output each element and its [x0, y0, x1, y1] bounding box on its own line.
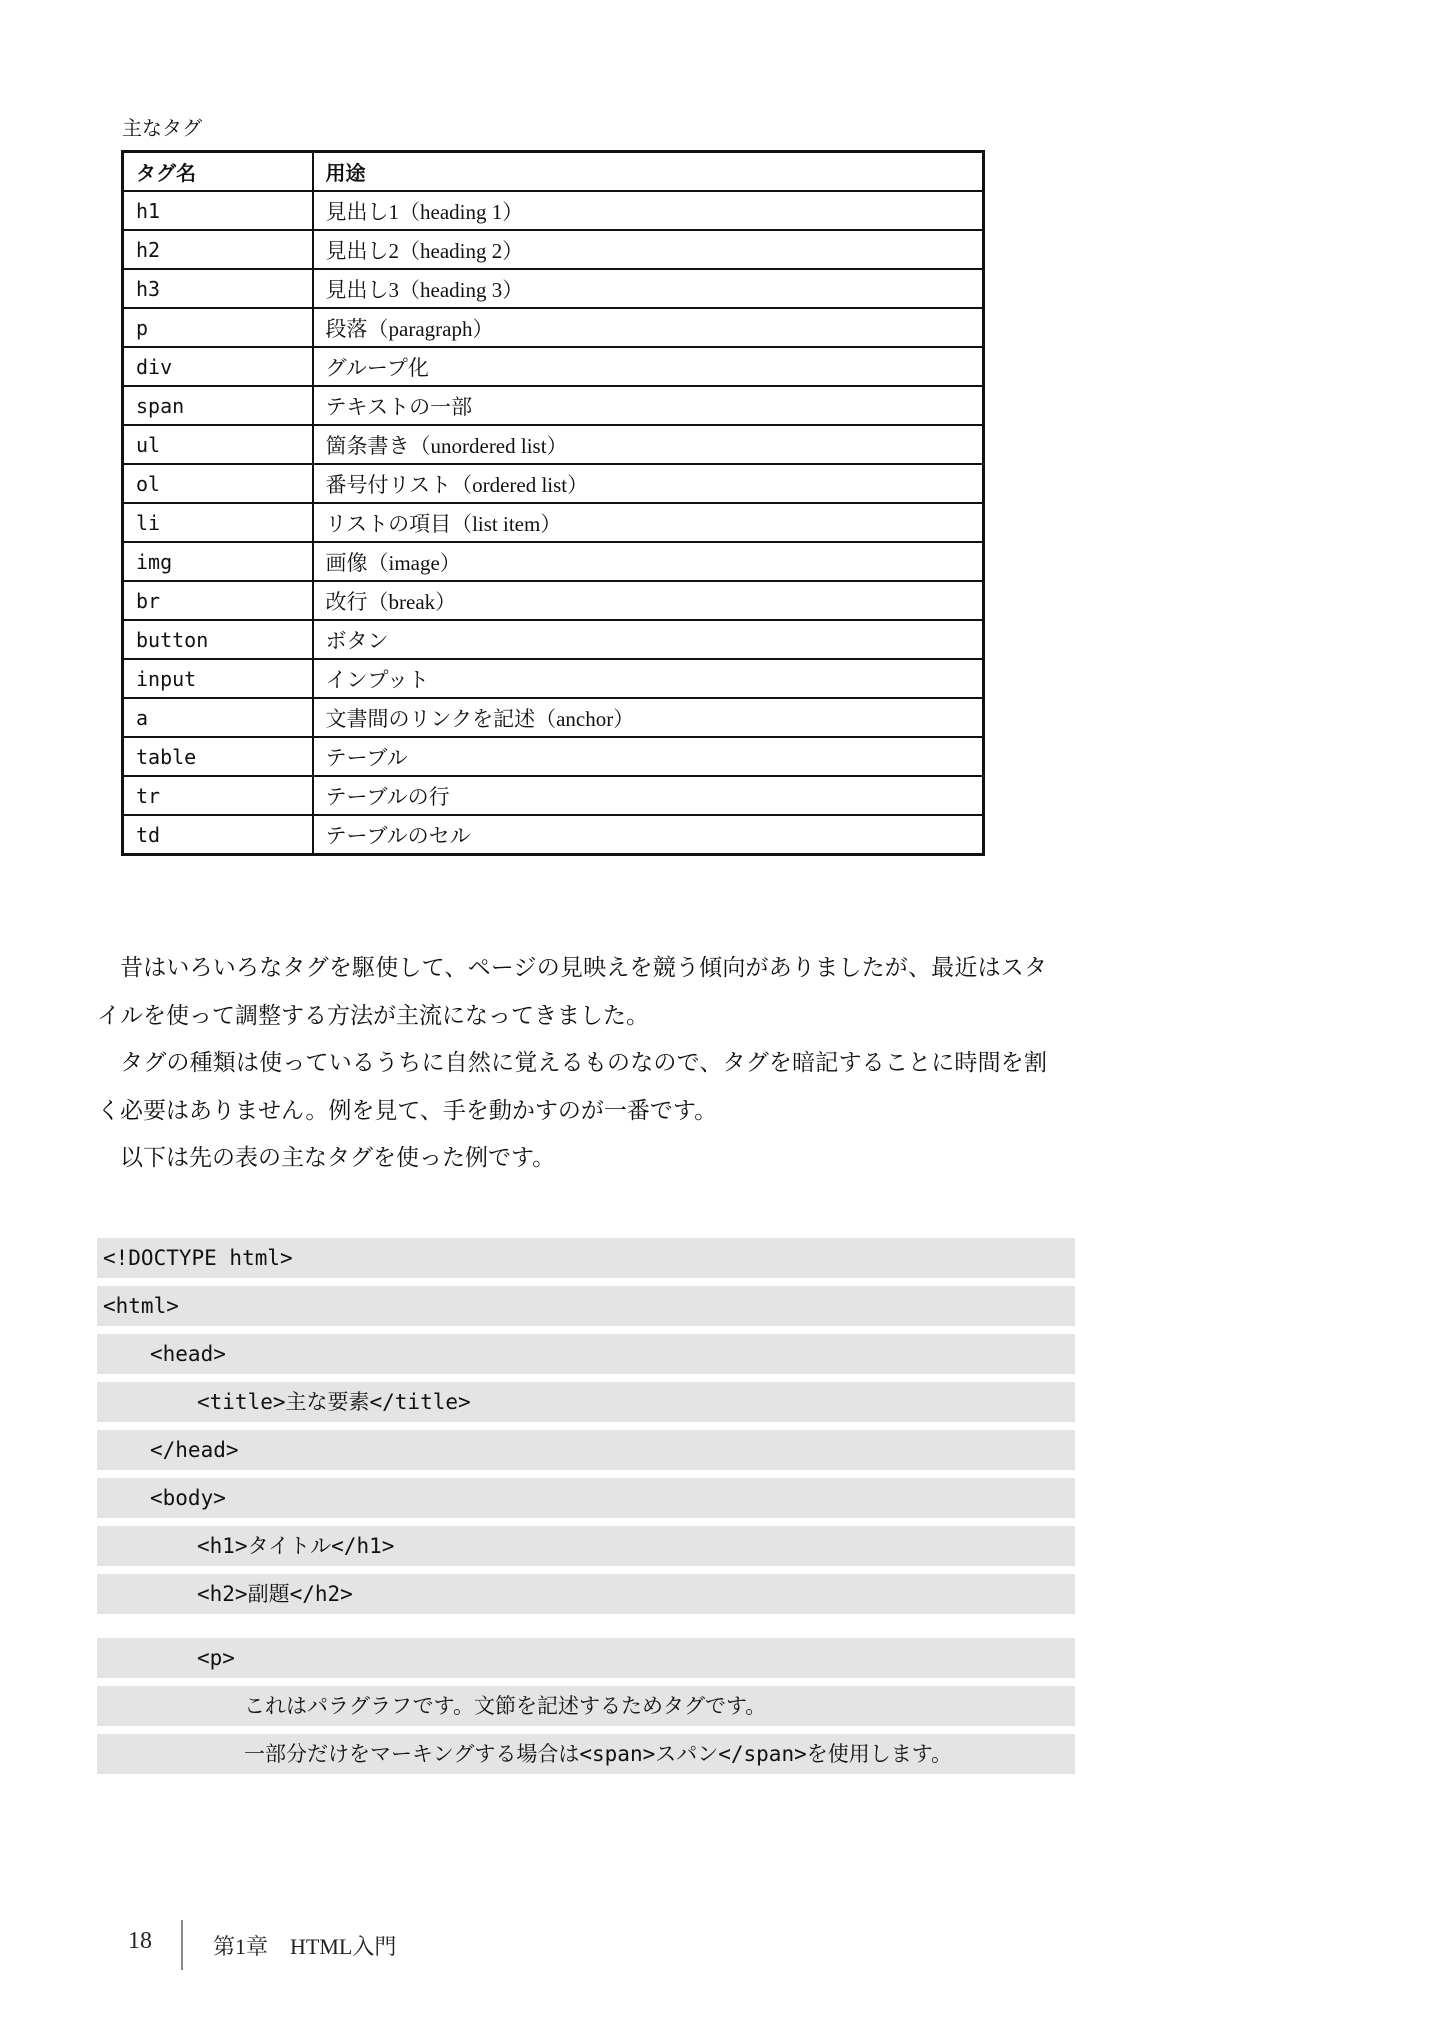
code-line: <html>: [97, 1286, 1075, 1326]
code-line: <h1>タイトル</h1>: [97, 1526, 1075, 1566]
table-row: divグループ化: [123, 347, 984, 386]
tag-name-cell: span: [123, 386, 313, 425]
tag-table-body: h1見出し1（heading 1）h2見出し2（heading 2）h3見出し3…: [123, 191, 984, 855]
table-row: tdテーブルのセル: [123, 815, 984, 855]
tag-usage-cell: 見出し1（heading 1）: [313, 191, 984, 230]
body-paragraph: 以下は先の表の主なタグを使った例です。: [97, 1134, 1047, 1182]
tag-name-cell: input: [123, 659, 313, 698]
tag-usage-cell: テキストの一部: [313, 386, 984, 425]
body-paragraph: タグの種類は使っているうちに自然に覚えるものなので、タグを暗記することに時間を割…: [97, 1039, 1047, 1134]
code-line: これはパラグラフです。文節を記述するためタグです。: [97, 1686, 1075, 1726]
tag-usage-cell: グループ化: [313, 347, 984, 386]
chapter-title: 第1章 HTML入門: [213, 1930, 396, 1961]
tag-reference-table: タグ名 用途 h1見出し1（heading 1）h2見出し2（heading 2…: [121, 150, 985, 856]
tag-name-cell: p: [123, 308, 313, 347]
book-page: 主なタグ タグ名 用途 h1見出し1（heading 1）h2見出し2（head…: [0, 0, 1433, 2024]
code-line: <head>: [97, 1334, 1075, 1374]
tag-usage-cell: 文書間のリンクを記述（anchor）: [313, 698, 984, 737]
table-row: ul箇条書き（unordered list）: [123, 425, 984, 464]
page-footer: 18 第1章 HTML入門: [0, 1920, 1433, 1976]
tag-usage-cell: テーブルのセル: [313, 815, 984, 855]
code-line: </head>: [97, 1430, 1075, 1470]
table-row: br改行（break）: [123, 581, 984, 620]
tag-name-cell: table: [123, 737, 313, 776]
table-row: ol番号付リスト（ordered list）: [123, 464, 984, 503]
tag-name-cell: ol: [123, 464, 313, 503]
tag-usage-cell: 箇条書き（unordered list）: [313, 425, 984, 464]
tag-usage-cell: 番号付リスト（ordered list）: [313, 464, 984, 503]
table-row: img画像（image）: [123, 542, 984, 581]
tag-name-cell: ul: [123, 425, 313, 464]
tag-usage-cell: リストの項目（list item）: [313, 503, 984, 542]
footer-divider: [181, 1920, 183, 1970]
tag-name-cell: button: [123, 620, 313, 659]
tag-name-cell: li: [123, 503, 313, 542]
table-header-row: タグ名 用途: [123, 152, 984, 192]
body-paragraphs: 昔はいろいろなタグを駆使して、ページの見映えを競う傾向がありましたが、最近はスタ…: [97, 944, 1047, 1182]
tag-usage-cell: テーブルの行: [313, 776, 984, 815]
tag-usage-cell: ボタン: [313, 620, 984, 659]
tag-name-cell: br: [123, 581, 313, 620]
code-line: <!DOCTYPE html>: [97, 1238, 1075, 1278]
table-row: liリストの項目（list item）: [123, 503, 984, 542]
column-header-tag-name: タグ名: [123, 152, 313, 192]
tag-usage-cell: 見出し2（heading 2）: [313, 230, 984, 269]
tag-name-cell: tr: [123, 776, 313, 815]
code-line: <title>主な要素</title>: [97, 1382, 1075, 1422]
code-line: <h2>副題</h2>: [97, 1574, 1075, 1614]
table-row: h3見出し3（heading 3）: [123, 269, 984, 308]
tag-usage-cell: 段落（paragraph）: [313, 308, 984, 347]
code-example-block: <!DOCTYPE html><html><head><title>主な要素</…: [97, 1238, 1075, 1782]
table-row: spanテキストの一部: [123, 386, 984, 425]
table-caption: 主なタグ: [122, 112, 202, 141]
table-row: inputインプット: [123, 659, 984, 698]
column-header-usage: 用途: [313, 152, 984, 192]
table-row: p段落（paragraph）: [123, 308, 984, 347]
tag-name-cell: div: [123, 347, 313, 386]
tag-name-cell: img: [123, 542, 313, 581]
table-row: tableテーブル: [123, 737, 984, 776]
table-row: a文書間のリンクを記述（anchor）: [123, 698, 984, 737]
code-line: <p>: [97, 1638, 1075, 1678]
table-row: h1見出し1（heading 1）: [123, 191, 984, 230]
page-number: 18: [128, 1928, 152, 1955]
tag-name-cell: h1: [123, 191, 313, 230]
tag-name-cell: a: [123, 698, 313, 737]
table-row: buttonボタン: [123, 620, 984, 659]
body-paragraph: 昔はいろいろなタグを駆使して、ページの見映えを競う傾向がありましたが、最近はスタ…: [97, 944, 1047, 1039]
tag-usage-cell: 見出し3（heading 3）: [313, 269, 984, 308]
table-row: trテーブルの行: [123, 776, 984, 815]
tag-usage-cell: テーブル: [313, 737, 984, 776]
table-row: h2見出し2（heading 2）: [123, 230, 984, 269]
tag-usage-cell: インプット: [313, 659, 984, 698]
code-line: <body>: [97, 1478, 1075, 1518]
tag-usage-cell: 改行（break）: [313, 581, 984, 620]
tag-usage-cell: 画像（image）: [313, 542, 984, 581]
code-line: 一部分だけをマーキングする場合は<span>スパン</span>を使用します。: [97, 1734, 1075, 1774]
tag-name-cell: h2: [123, 230, 313, 269]
tag-name-cell: h3: [123, 269, 313, 308]
tag-name-cell: td: [123, 815, 313, 855]
